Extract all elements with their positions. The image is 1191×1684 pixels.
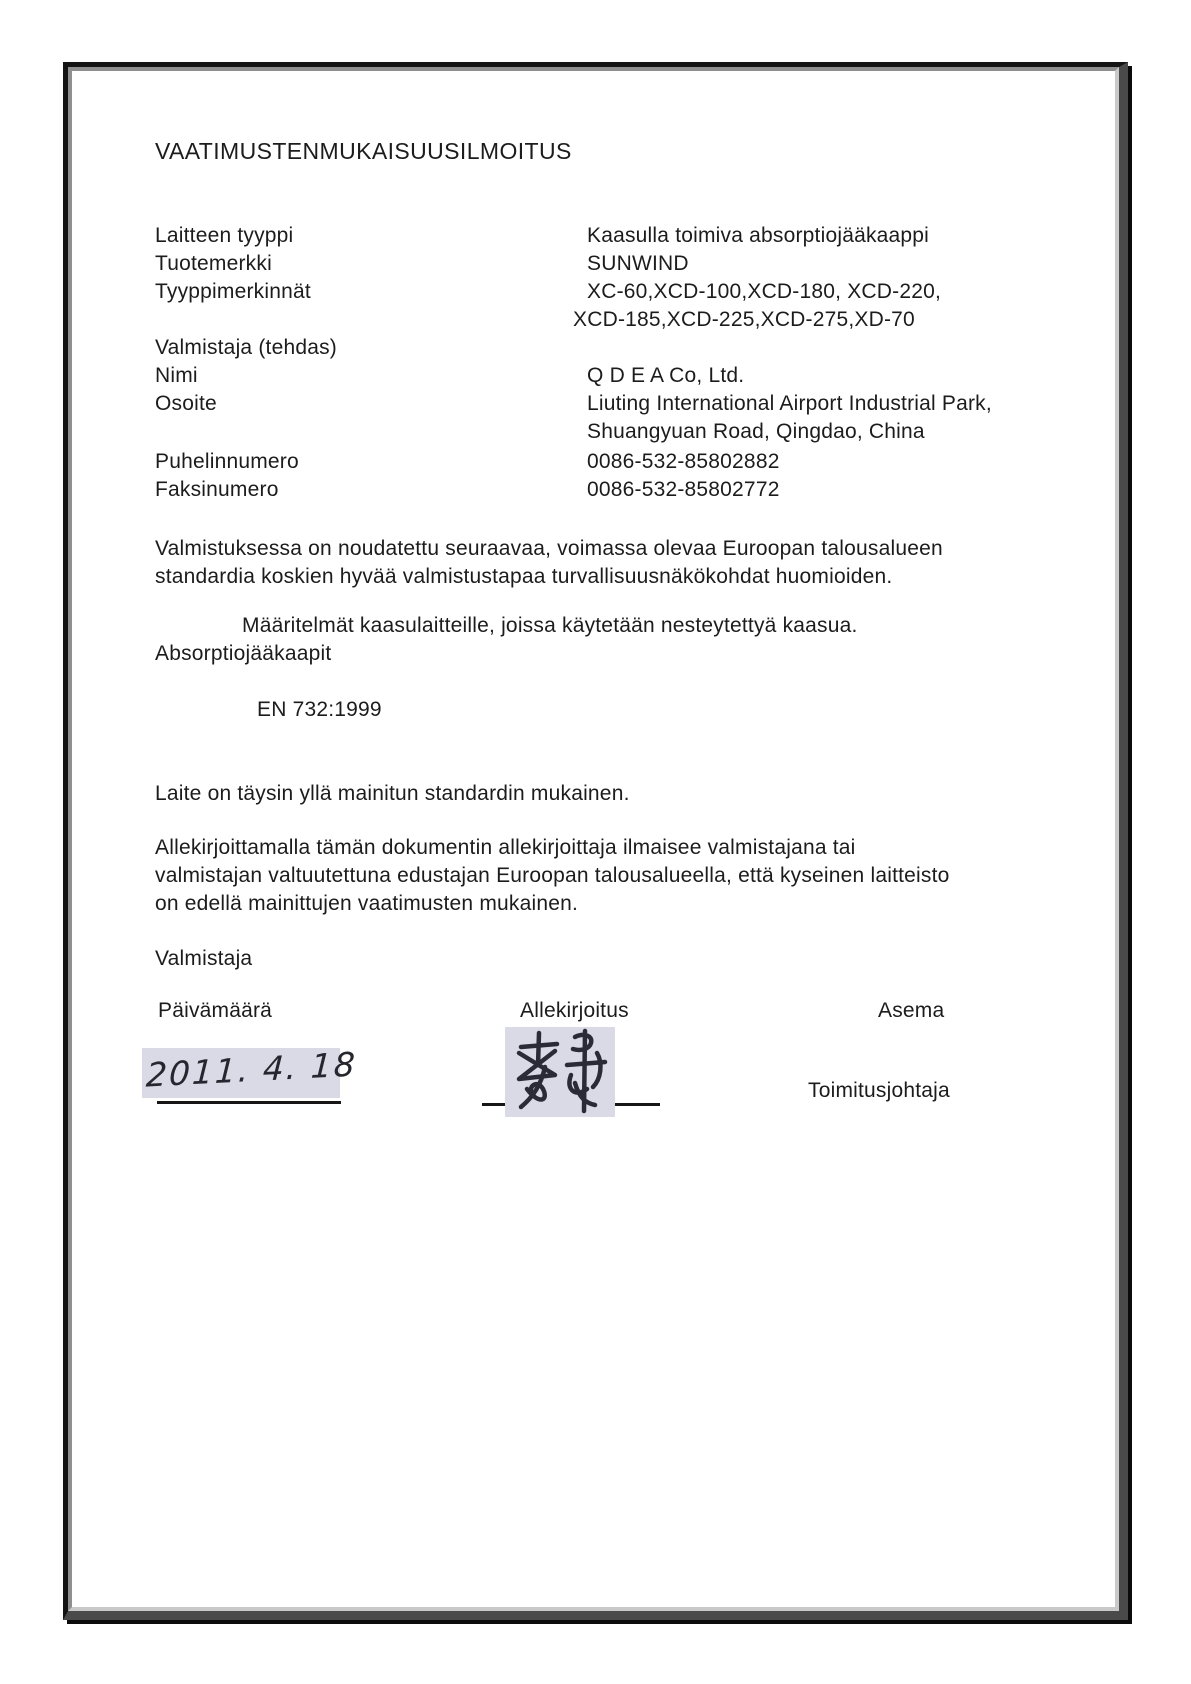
signature-statement-line: on edellä mainittujen vaatimusten mukain… <box>155 891 578 916</box>
signature-stroke <box>573 1035 591 1050</box>
info-label: Osoite <box>155 392 217 416</box>
scanned-document-page: VAATIMUSTENMUKAISUUSILMOITUS Laitteen ty… <box>0 0 1191 1684</box>
standard-definition-line2: Absorptiojääkaapit <box>155 641 331 666</box>
signature-statement-line: valmistajan valtuutettuna edustajan Euro… <box>155 863 950 888</box>
signature-stroke <box>538 1033 539 1065</box>
info-value: Kaasulla toimiva absorptiojääkaappi <box>587 224 929 248</box>
date-underline <box>157 1101 341 1104</box>
info-value: 0086-532-85802772 <box>587 478 780 502</box>
info-row-manufacturer: Valmistaja (tehdas) <box>0 336 1191 364</box>
info-row-address-cont: Shuangyuan Road, Qingdao, China <box>0 420 1191 448</box>
handwritten-signature-patch <box>505 1027 615 1117</box>
position-label: Asema <box>878 998 944 1023</box>
info-label: Laitteen tyyppi <box>155 224 293 248</box>
handwritten-signature <box>505 1027 615 1117</box>
document-title: VAATIMUSTENMUKAISUUSILMOITUS <box>155 139 572 164</box>
info-value: Shuangyuan Road, Qingdao, China <box>587 420 925 444</box>
info-label: Valmistaja (tehdas) <box>155 336 337 360</box>
handwritten-date-patch: 2011. 4. 18 <box>142 1048 340 1098</box>
info-label: Tyyppimerkinnät <box>155 280 311 304</box>
signature-statement-line: Allekirjoittamalla tämän dokumentin alle… <box>155 835 856 860</box>
info-value: XCD-185,XCD-225,XCD-275,XD-70 <box>573 308 915 332</box>
info-value: XC-60,XCD-100,XCD-180, XCD-220, <box>587 280 941 304</box>
info-row-device-type: Laitteen tyyppi Kaasulla toimiva absorpt… <box>0 224 1191 252</box>
info-row-address: Osoite Liuting International Airport Ind… <box>0 392 1191 420</box>
position-value: Toimitusjohtaja <box>808 1078 950 1103</box>
conformity-statement: Laite on täysin yllä mainitun standardin… <box>155 781 630 806</box>
compliance-paragraph-line: Valmistuksessa on noudatettu seuraavaa, … <box>155 536 943 561</box>
info-row-type-markings-cont: XCD-185,XCD-225,XCD-275,XD-70 <box>0 308 1191 336</box>
info-row-name: Nimi Q D E A Co, Ltd. <box>0 364 1191 392</box>
info-row-type-markings: Tyyppimerkinnät XC-60,XCD-100,XCD-180, X… <box>0 280 1191 308</box>
compliance-paragraph-line: standardia koskien hyvää valmistustapaa … <box>155 564 892 589</box>
info-row-fax: Faksinumero 0086-532-85802772 <box>0 478 1191 506</box>
signature-label: Allekirjoitus <box>520 998 629 1023</box>
info-value: Q D E A Co, Ltd. <box>587 364 744 388</box>
info-value: SUNWIND <box>587 252 689 276</box>
info-row-phone: Puhelinnumero 0086-532-85802882 <box>0 450 1191 478</box>
info-label: Tuotemerkki <box>155 252 272 276</box>
info-row-brand: Tuotemerkki SUNWIND <box>0 252 1191 280</box>
date-label: Päivämäärä <box>158 998 272 1023</box>
info-label: Faksinumero <box>155 478 279 502</box>
signature-stroke <box>521 1044 557 1047</box>
info-label: Puhelinnumero <box>155 450 299 474</box>
info-label: Nimi <box>155 364 198 388</box>
handwritten-date: 2011. 4. 18 <box>145 1044 358 1094</box>
standard-code: EN 732:1999 <box>257 697 382 722</box>
signature-stroke <box>593 1053 600 1087</box>
standard-definition-line1: Määritelmät kaasulaitteille, joissa käyt… <box>242 613 858 638</box>
manufacturer-label: Valmistaja <box>155 946 252 971</box>
info-value: 0086-532-85802882 <box>587 450 780 474</box>
info-value: Liuting International Airport Industrial… <box>587 392 992 416</box>
